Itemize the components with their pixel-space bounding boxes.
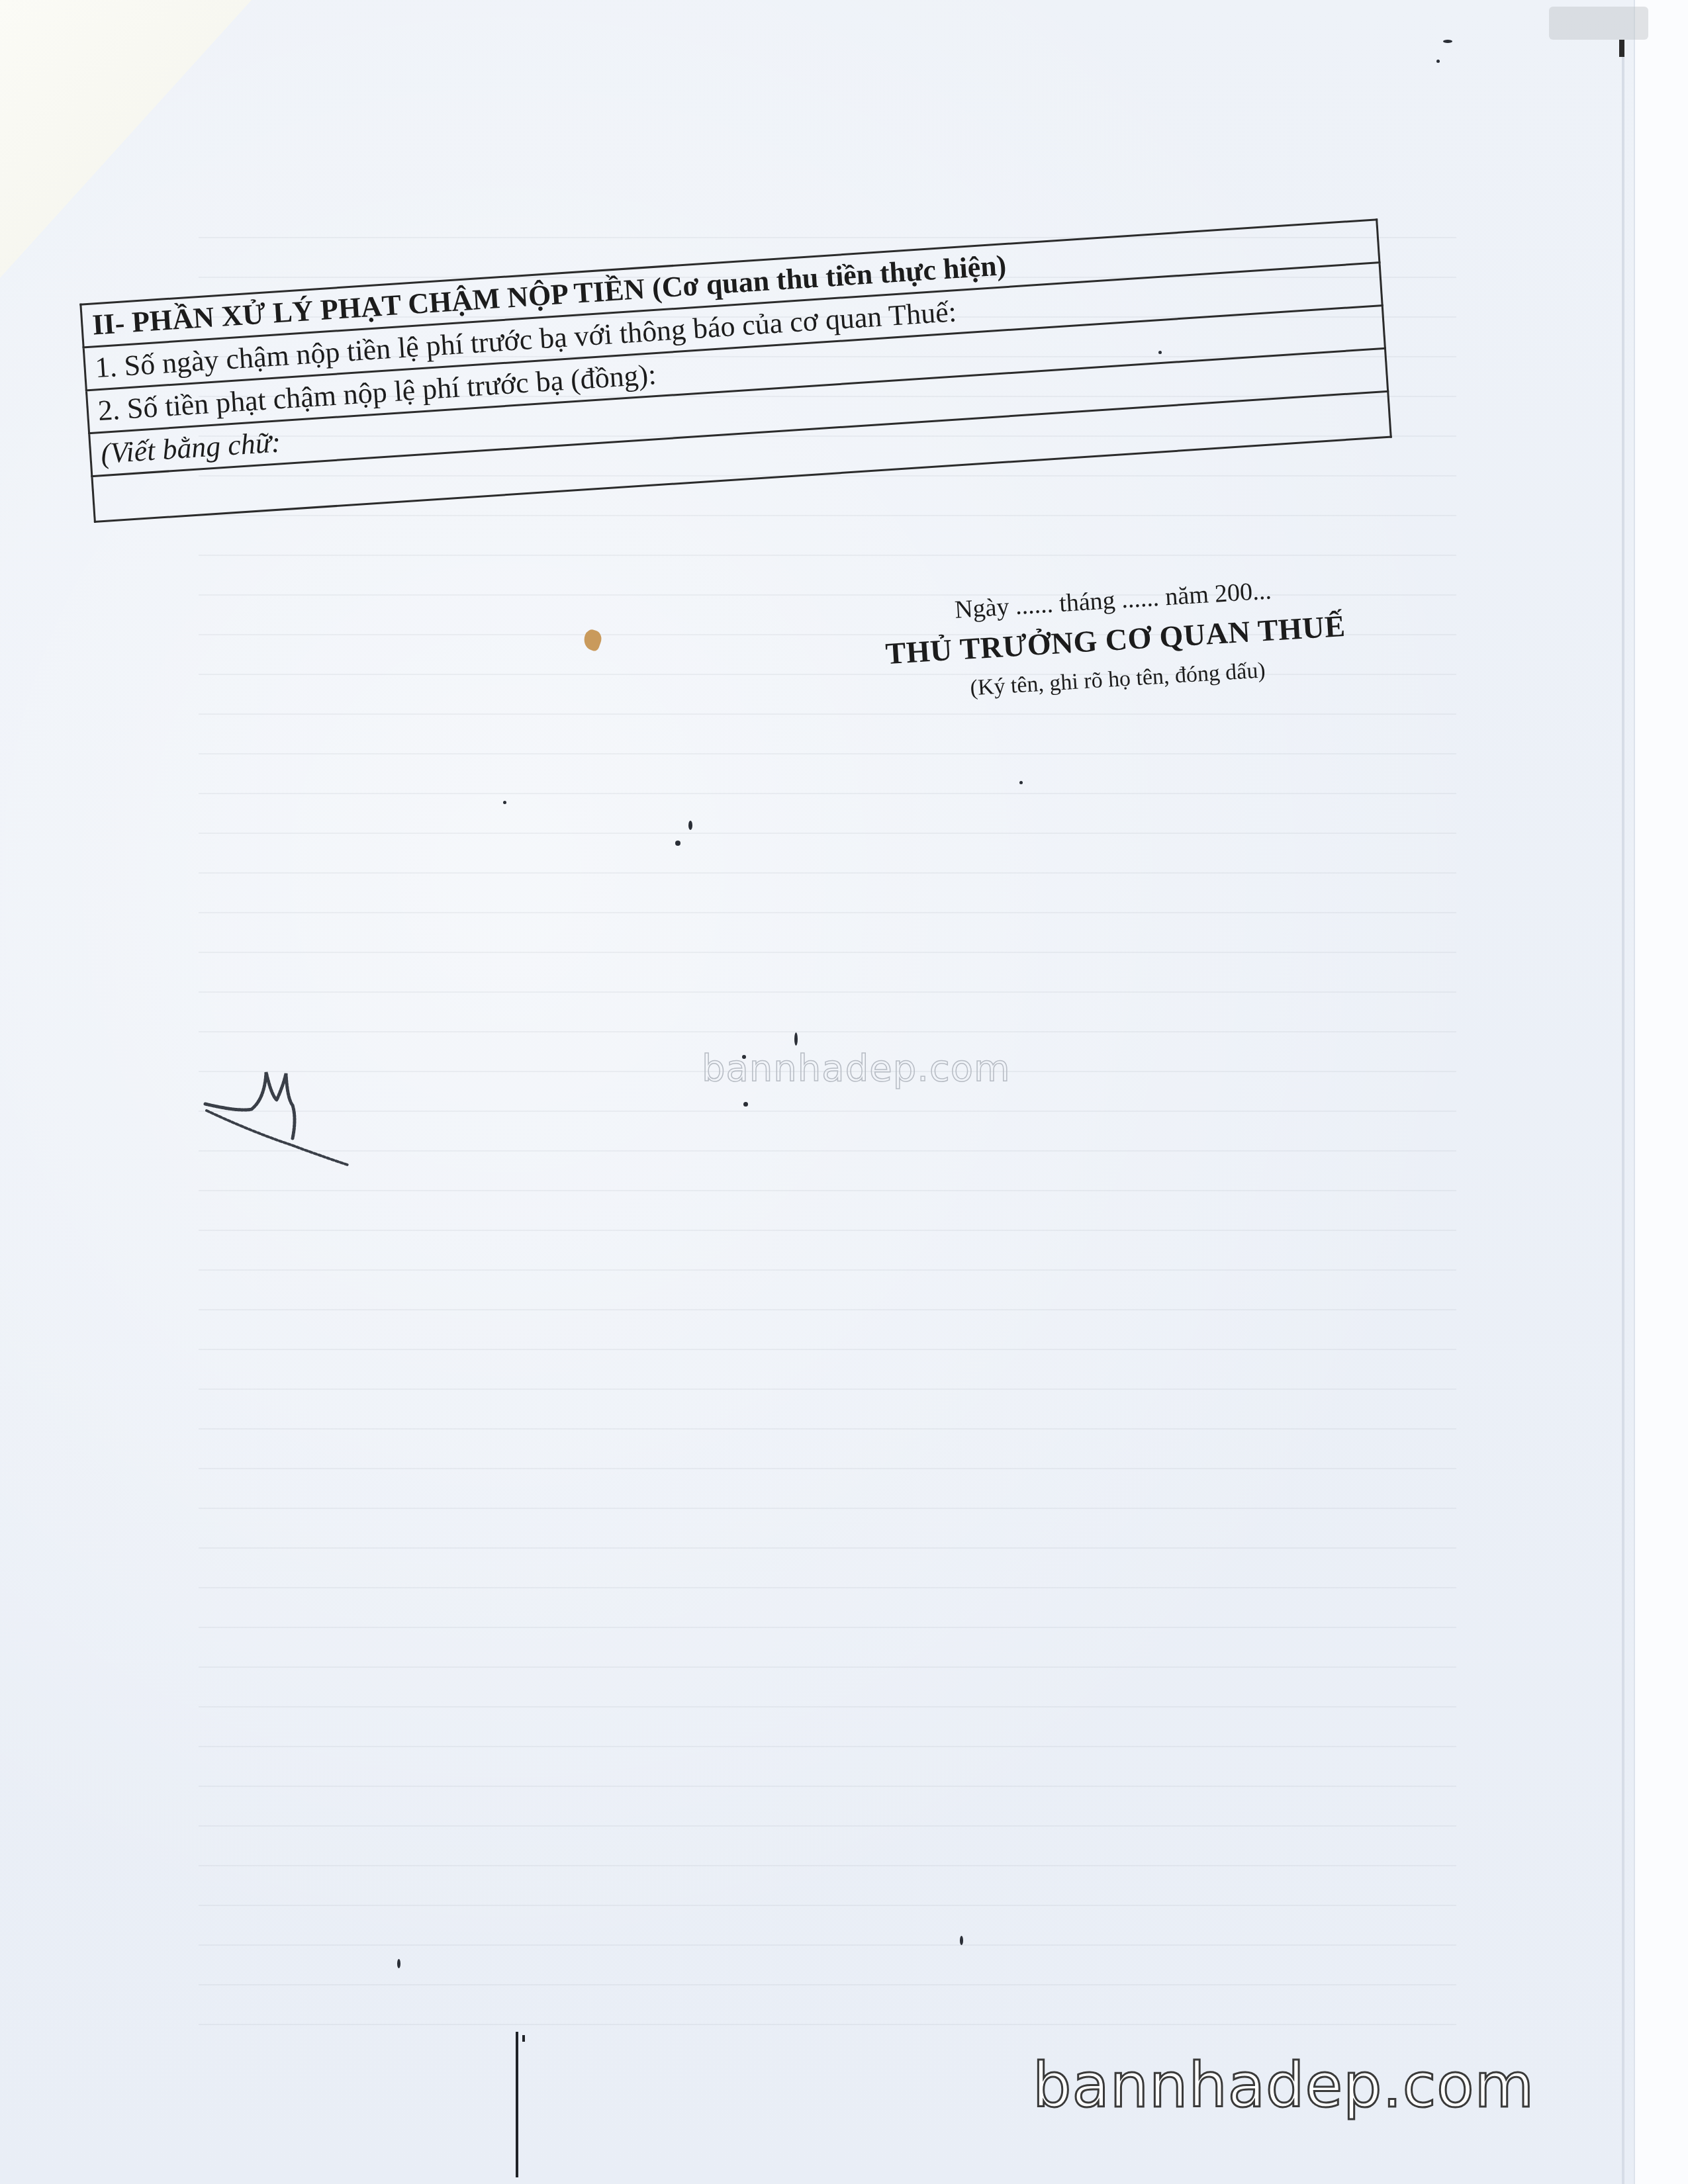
scan-speck [503, 801, 506, 804]
handwritten-mark-icon [199, 1059, 357, 1171]
page-right-edge [1634, 0, 1688, 2184]
tape-residue [1549, 7, 1648, 40]
scan-speck [688, 821, 692, 830]
scan-speck [1436, 60, 1440, 63]
scan-streak [522, 2035, 525, 2042]
scan-speck [397, 1959, 400, 1968]
scan-speck [1158, 351, 1162, 354]
scan-speck [1019, 781, 1023, 784]
scan-speck [742, 1055, 746, 1059]
edge-mark [1619, 40, 1624, 57]
scan-speck [743, 1102, 748, 1107]
page-edge-line [1622, 40, 1624, 2184]
scan-streak [516, 2032, 518, 2177]
watermark-center: bannhadep.com [702, 1047, 1011, 1090]
scan-speck [675, 841, 680, 846]
scan-speck [960, 1936, 963, 1945]
watermark-bottom-right: bannhadep.com [1033, 2050, 1534, 2121]
scan-speck [794, 1032, 798, 1046]
scan-speck [1443, 40, 1452, 43]
